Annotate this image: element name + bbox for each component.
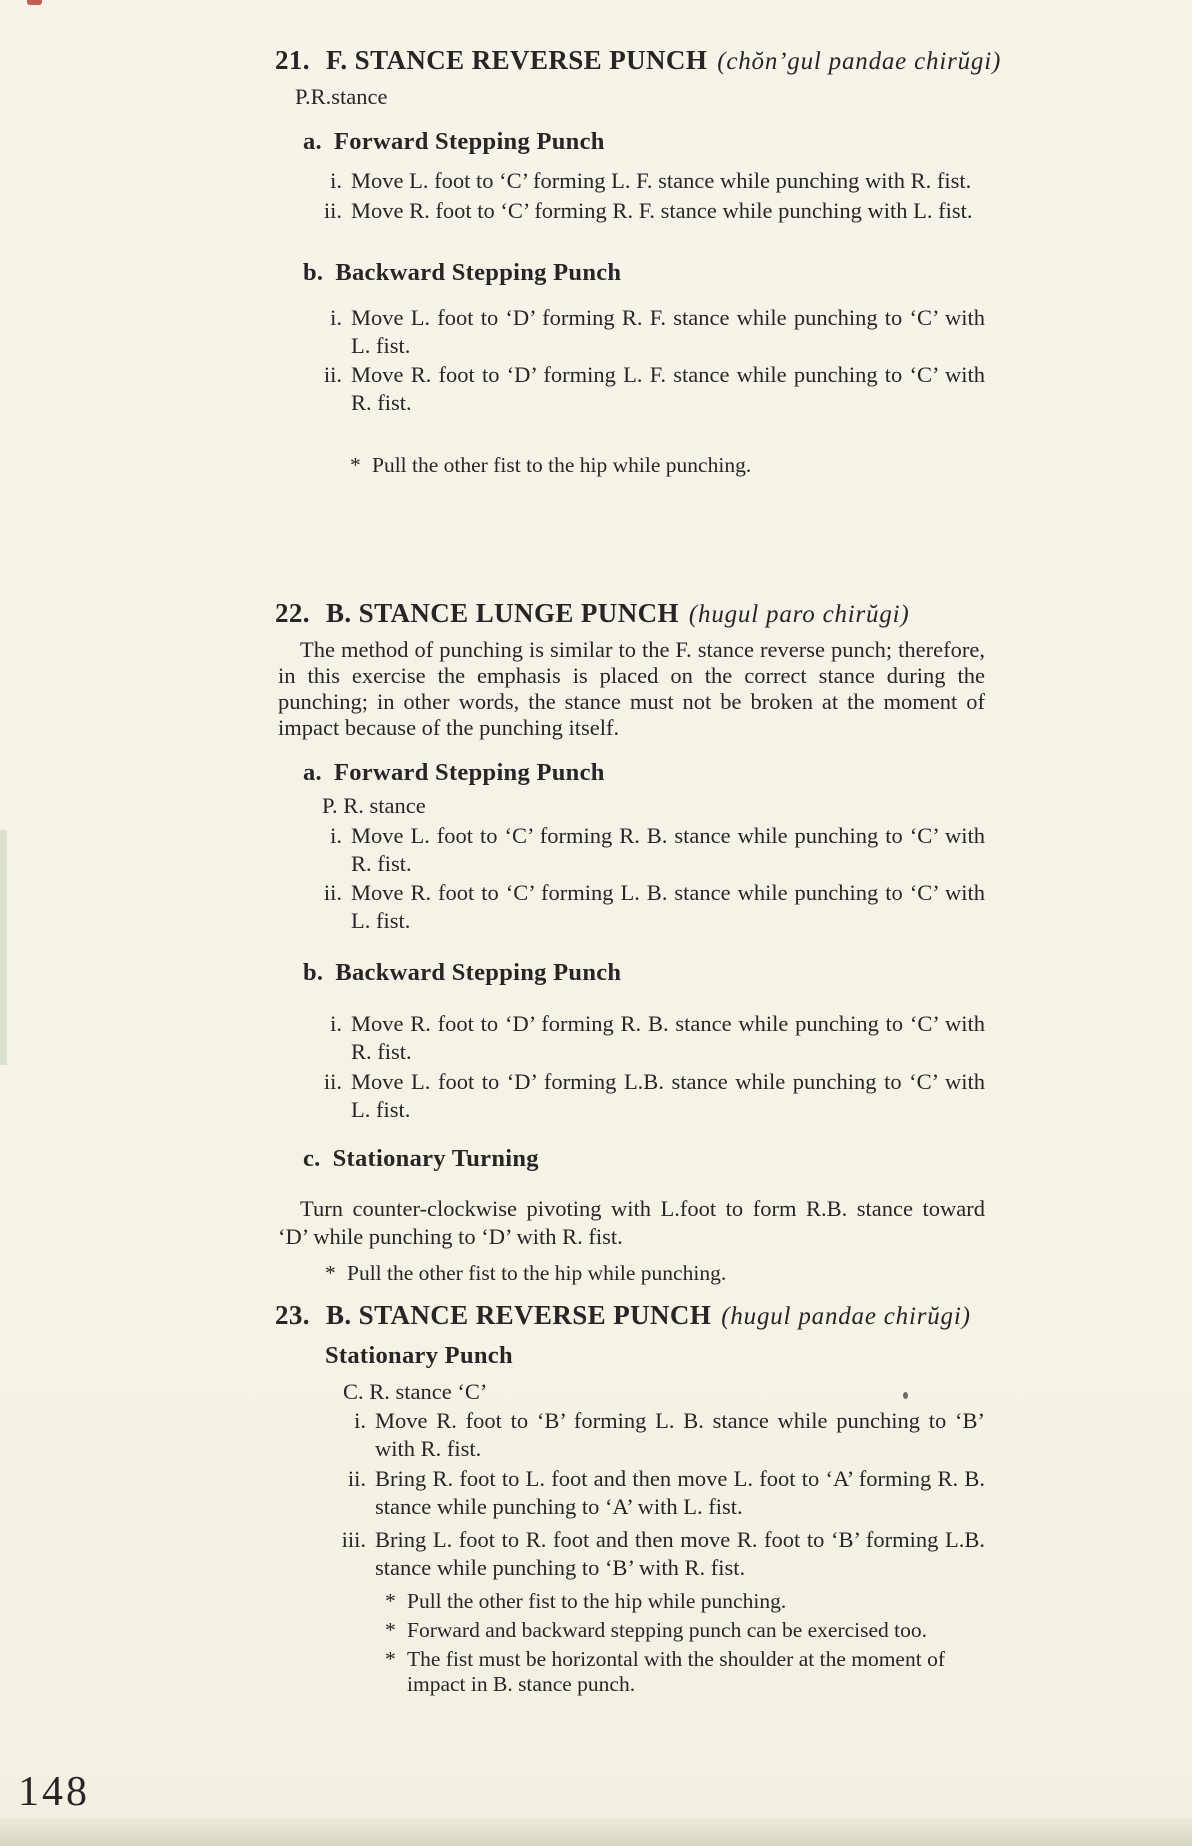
section-23-note-3: * The fist must be horizontal with the s… <box>385 1647 985 1697</box>
list-item-21a-i: i. Move L. foot to ‘C’ forming L. F. sta… <box>312 167 985 195</box>
list-item-22b-i: i. Move R. foot to ‘D’ forming R. B. sta… <box>312 1010 985 1065</box>
note-text: Pull the other fist to the hip while pun… <box>372 453 830 478</box>
list-item-23-iii: iii. Bring L. foot to R. foot and then m… <box>330 1526 985 1581</box>
book-page: 21.F. STANCE REVERSE PUNCH(chŏn’gul pand… <box>0 0 1192 1846</box>
section-23-note-1: * Pull the other fist to the hip while p… <box>385 1589 985 1614</box>
item-marker: i. <box>312 1010 351 1065</box>
item-marker: ii. <box>312 1068 351 1123</box>
list-item-22a-i: i. Move L. foot to ‘C’ forming R. B. sta… <box>312 822 985 877</box>
note-text: Pull the other fist to the hip while pun… <box>347 1261 805 1286</box>
section-21a-label: a. <box>303 128 322 155</box>
section-21-title: F. STANCE REVERSE PUNCH <box>326 45 707 75</box>
item-text: Move R. foot to ‘B’ forming L. B. stance… <box>375 1407 985 1462</box>
section-21-note: * Pull the other fist to the hip while p… <box>350 453 830 478</box>
item-text: Move L. foot to ‘D’ forming L.B. stance … <box>351 1068 985 1123</box>
section-22a-title: Forward Stepping Punch <box>334 759 605 786</box>
scan-artifact-stray-dot <box>903 1392 908 1399</box>
list-item-23-ii: ii. Bring R. foot to L. foot and then mo… <box>330 1465 985 1520</box>
section-22c-heading: c.Stationary Turning <box>303 1145 1192 1173</box>
section-22-intro-paragraph: The method of punching is similar to the… <box>278 637 985 741</box>
section-22b-label: b. <box>303 959 323 986</box>
scan-artifact-bottom-band <box>0 1818 1192 1846</box>
section-22-heading: 22.B. STANCE LUNGE PUNCH(hugul paro chir… <box>275 598 1192 629</box>
section-21: 21.F. STANCE REVERSE PUNCH(chŏn’gul pand… <box>0 0 1192 478</box>
list-item-22b-ii: ii. Move L. foot to ‘D’ forming L.B. sta… <box>312 1068 985 1123</box>
section-22-title: B. STANCE LUNGE PUNCH <box>326 598 679 628</box>
section-22a-stance: P. R. stance <box>322 793 1192 819</box>
scan-artifact-left-streak <box>0 830 7 1065</box>
section-21-number: 21. <box>275 45 310 75</box>
item-text: Move R. foot to ‘C’ forming L. B. stance… <box>351 879 985 934</box>
note-asterisk: * <box>385 1618 407 1643</box>
section-23-heading: 23.B. STANCE REVERSE PUNCH(hugul pandae … <box>275 1300 1192 1331</box>
section-23-number: 23. <box>275 1300 310 1330</box>
list-item-22a-ii: ii. Move R. foot to ‘C’ forming L. B. st… <box>312 879 985 934</box>
section-23: 23.B. STANCE REVERSE PUNCH(hugul pandae … <box>0 1300 1192 1697</box>
section-22-note: * Pull the other fist to the hip while p… <box>325 1261 805 1286</box>
section-23-stance: C. R. stance ‘C’ <box>343 1379 1192 1405</box>
list-item-21a-ii: ii. Move R. foot to ‘C’ forming R. F. st… <box>312 197 985 225</box>
item-marker: i. <box>312 167 351 195</box>
item-text: Move R. foot to ‘D’ forming L. F. stance… <box>351 361 985 416</box>
note-text: Pull the other fist to the hip while pun… <box>407 1589 985 1614</box>
note-asterisk: * <box>350 453 372 478</box>
section-21a-title: Forward Stepping Punch <box>334 128 605 155</box>
section-22: 22.B. STANCE LUNGE PUNCH(hugul paro chir… <box>0 598 1192 1286</box>
list-item-23-i: i. Move R. foot to ‘B’ forming L. B. sta… <box>330 1407 985 1462</box>
section-21a-heading: a.Forward Stepping Punch <box>303 128 1192 156</box>
item-marker: ii. <box>330 1465 375 1520</box>
item-marker: i. <box>330 1407 375 1462</box>
item-text: Move L. foot to ‘D’ forming R. F. stance… <box>351 304 985 359</box>
note-text: Forward and backward stepping punch can … <box>407 1618 985 1643</box>
item-text: Bring L. foot to R. foot and then move R… <box>375 1526 985 1581</box>
section-23-subtitle: Stationary Punch <box>325 1342 1192 1370</box>
item-text: Move R. foot to ‘C’ forming R. F. stance… <box>351 197 985 225</box>
item-text: Move R. foot to ‘D’ forming R. B. stance… <box>351 1010 985 1065</box>
note-text: The fist must be horizontal with the sho… <box>407 1647 985 1697</box>
section-21-heading: 21.F. STANCE REVERSE PUNCH(chŏn’gul pand… <box>275 0 1192 76</box>
item-text: Move L. foot to ‘C’ forming R. B. stance… <box>351 822 985 877</box>
item-text: Move L. foot to ‘C’ forming L. F. stance… <box>351 167 985 195</box>
section-23-romanization: (hugul pandae chirŭgi) <box>721 1303 971 1330</box>
page-number: 148 <box>18 1768 90 1816</box>
note-asterisk: * <box>385 1647 407 1697</box>
section-23-note-2: * Forward and backward stepping punch ca… <box>385 1618 985 1643</box>
section-22-romanization: (hugul paro chirŭgi) <box>689 601 910 628</box>
section-21-stance: P.R.stance <box>295 84 1192 110</box>
item-marker: ii. <box>312 361 351 416</box>
item-marker: ii. <box>312 197 351 225</box>
section-22c-title: Stationary Turning <box>333 1145 539 1172</box>
section-22b-heading: b.Backward Stepping Punch <box>303 959 1192 987</box>
item-text: Bring R. foot to L. foot and then move L… <box>375 1465 985 1520</box>
section-21b-heading: b.Backward Stepping Punch <box>303 259 1192 287</box>
section-22c-paragraph: Turn counter-clockwise pivoting with L.f… <box>278 1195 985 1250</box>
section-23-title: B. STANCE REVERSE PUNCH <box>326 1300 711 1330</box>
section-21-romanization: (chŏn’gul pandae chirŭgi) <box>717 48 1001 75</box>
note-asterisk: * <box>385 1589 407 1614</box>
section-22b-title: Backward Stepping Punch <box>335 959 621 986</box>
item-marker: ii. <box>312 879 351 934</box>
item-marker: iii. <box>330 1526 375 1581</box>
list-item-21b-i: i. Move L. foot to ‘D’ forming R. F. sta… <box>312 304 985 359</box>
section-22a-label: a. <box>303 759 322 786</box>
section-21b-label: b. <box>303 259 323 286</box>
item-marker: i. <box>312 822 351 877</box>
section-22a-heading: a.Forward Stepping Punch <box>303 759 1192 787</box>
note-asterisk: * <box>325 1261 347 1286</box>
scan-artifact-corner-mark <box>27 0 42 5</box>
item-marker: i. <box>312 304 351 359</box>
section-22-number: 22. <box>275 598 310 628</box>
list-item-21b-ii: ii. Move R. foot to ‘D’ forming L. F. st… <box>312 361 985 416</box>
section-21b-title: Backward Stepping Punch <box>335 259 621 286</box>
section-22c-label: c. <box>303 1145 321 1172</box>
